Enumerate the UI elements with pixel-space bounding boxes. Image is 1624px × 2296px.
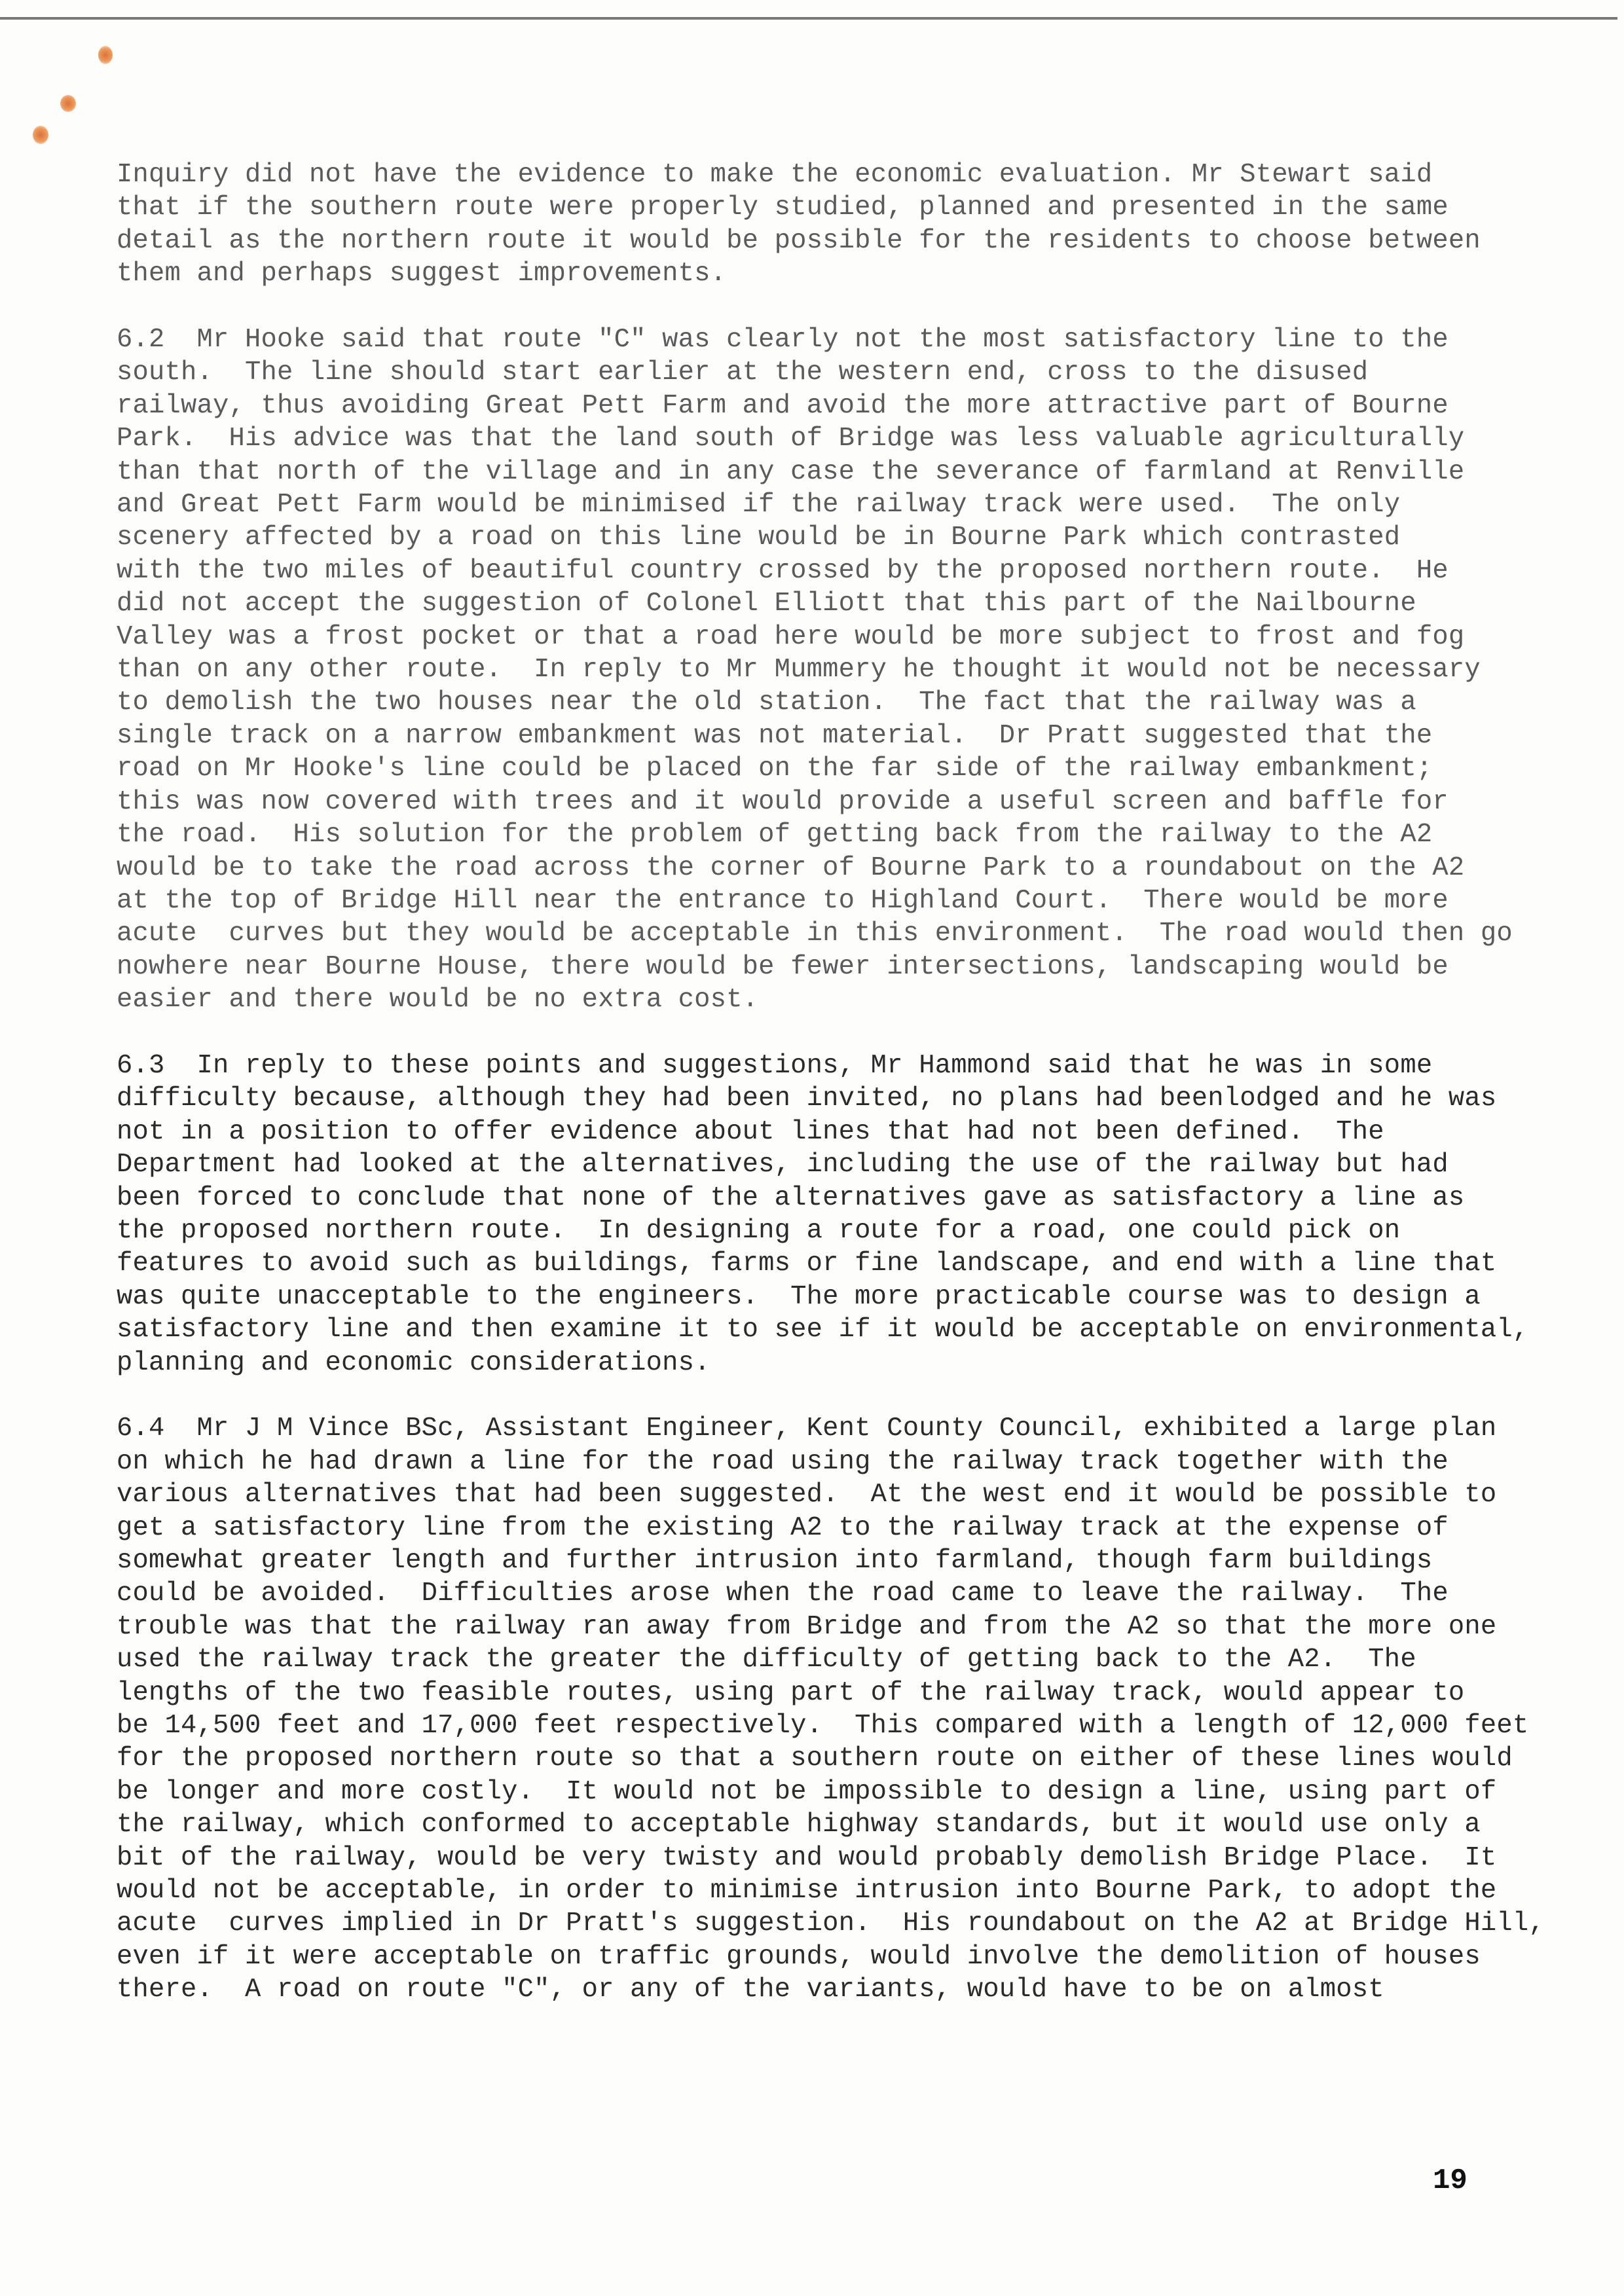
- text-line: road on Mr Hooke's line could be placed …: [117, 752, 1583, 785]
- text-line: 6.3 In reply to these points and suggest…: [117, 1049, 1583, 1082]
- text-line: south. The line should start earlier at …: [117, 356, 1583, 389]
- text-line: this was now covered with trees and it w…: [117, 786, 1583, 818]
- text-line: Park. His advice was that the land south…: [117, 422, 1583, 455]
- text-line: railway, thus avoiding Great Pett Farm a…: [117, 390, 1583, 422]
- paragraph-6-2: 6.2 Mr Hooke said that route "C" was cle…: [117, 323, 1583, 1017]
- text-line: difficulty because, although they had be…: [117, 1082, 1583, 1115]
- rust-mark: [33, 126, 48, 144]
- text-line: at the top of Bridge Hill near the entra…: [117, 884, 1583, 917]
- paragraph-6-4: 6.4 Mr J M Vince BSc, Assistant Engineer…: [117, 1412, 1583, 2006]
- text-line: on which he had drawn a line for the roa…: [117, 1446, 1583, 1478]
- document-body: Inquiry did not have the evidence to mak…: [117, 158, 1583, 2039]
- text-line: there. A road on route "C", or any of th…: [117, 1973, 1583, 2006]
- rust-mark: [60, 95, 76, 112]
- paragraph-6-1-continued: Inquiry did not have the evidence to mak…: [117, 158, 1583, 291]
- text-line: be 14,500 feet and 17,000 feet respectiv…: [117, 1709, 1583, 1742]
- text-line: than on any other route. In reply to Mr …: [117, 653, 1583, 686]
- text-line: 6.2 Mr Hooke said that route "C" was cle…: [117, 323, 1583, 356]
- text-line: the road. His solution for the problem o…: [117, 818, 1583, 851]
- page-number: 19: [1433, 2164, 1467, 2197]
- text-line: single track on a narrow embankment was …: [117, 720, 1583, 752]
- text-line: to demolish the two houses near the old …: [117, 686, 1583, 719]
- text-line: 6.4 Mr J M Vince BSc, Assistant Engineer…: [117, 1412, 1583, 1445]
- text-line: scenery affected by a road on this line …: [117, 521, 1583, 554]
- text-line: Inquiry did not have the evidence to mak…: [117, 158, 1583, 191]
- text-line: would not be acceptable, in order to min…: [117, 1874, 1583, 1907]
- text-line: them and perhaps suggest improvements.: [117, 257, 1583, 290]
- text-line: been forced to conclude that none of the…: [117, 1182, 1583, 1214]
- text-line: could be avoided. Difficulties arose whe…: [117, 1577, 1583, 1610]
- paragraph-6-3: 6.3 In reply to these points and suggest…: [117, 1049, 1583, 1379]
- text-line: nowhere near Bourne House, there would b…: [117, 951, 1583, 983]
- text-line: than that north of the village and in an…: [117, 456, 1583, 488]
- text-line: get a satisfactory line from the existin…: [117, 1512, 1583, 1544]
- text-line: the proposed northern route. In designin…: [117, 1214, 1583, 1247]
- text-line: not in a position to offer evidence abou…: [117, 1116, 1583, 1148]
- text-line: features to avoid such as buildings, far…: [117, 1247, 1583, 1280]
- text-line: Valley was a frost pocket or that a road…: [117, 621, 1583, 653]
- text-line: did not accept the suggestion of Colonel…: [117, 587, 1583, 620]
- text-line: that if the southern route were properly…: [117, 191, 1583, 224]
- text-line: even if it were acceptable on traffic gr…: [117, 1941, 1583, 1973]
- text-line: trouble was that the railway ran away fr…: [117, 1611, 1583, 1643]
- text-line: planning and economic considerations.: [117, 1347, 1583, 1379]
- text-line: acute curves implied in Dr Pratt's sugge…: [117, 1907, 1583, 1940]
- text-line: and Great Pett Farm would be minimised i…: [117, 488, 1583, 521]
- text-line: with the two miles of beautiful country …: [117, 555, 1583, 587]
- page-top-edge: [0, 17, 1617, 20]
- text-line: detail as the northern route it would be…: [117, 225, 1583, 257]
- text-line: be longer and more costly. It would not …: [117, 1776, 1583, 1808]
- rust-mark: [98, 46, 113, 64]
- text-line: Department had looked at the alternative…: [117, 1148, 1583, 1181]
- text-line: satisfactory line and then examine it to…: [117, 1313, 1583, 1346]
- text-line: somewhat greater length and further intr…: [117, 1544, 1583, 1577]
- text-line: would be to take the road across the cor…: [117, 852, 1583, 884]
- text-line: easier and there would be no extra cost.: [117, 983, 1583, 1016]
- text-line: acute curves but they would be acceptabl…: [117, 917, 1583, 950]
- text-line: for the proposed northern route so that …: [117, 1742, 1583, 1775]
- text-line: lengths of the two feasible routes, usin…: [117, 1677, 1583, 1709]
- text-line: various alternatives that had been sugge…: [117, 1478, 1583, 1511]
- text-line: was quite unacceptable to the engineers.…: [117, 1281, 1583, 1313]
- text-line: bit of the railway, would be very twisty…: [117, 1842, 1583, 1874]
- text-line: the railway, which conformed to acceptab…: [117, 1808, 1583, 1841]
- text-line: used the railway track the greater the d…: [117, 1643, 1583, 1676]
